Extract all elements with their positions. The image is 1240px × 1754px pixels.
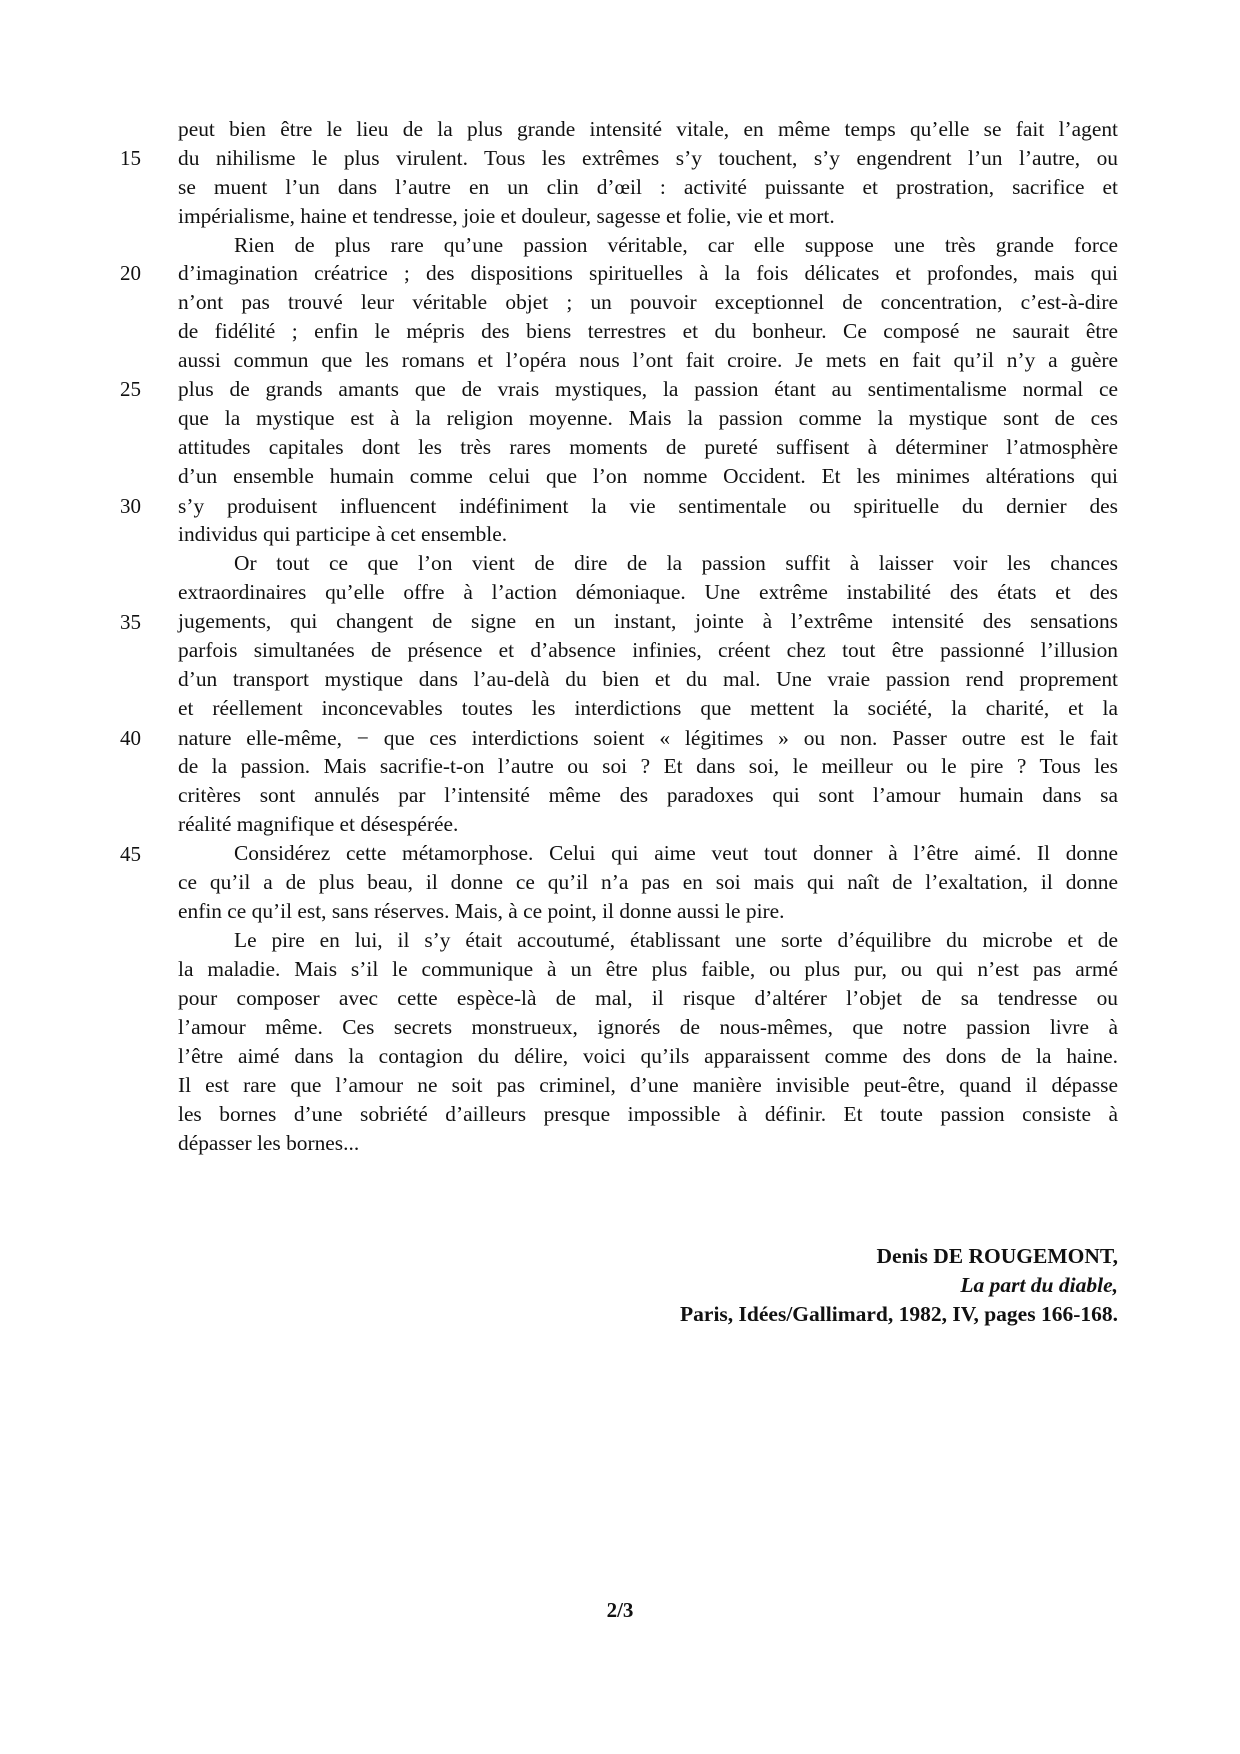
- citation-author: Denis DE ROUGEMONT,: [877, 1243, 1119, 1269]
- text-line: individus qui participe à cet ensemble.: [178, 521, 1118, 547]
- text-line: nature elle-même, − que ces interdiction…: [178, 725, 1118, 751]
- text-line: et réellement inconcevables toutes les i…: [178, 695, 1118, 721]
- citation-publication: Paris, Idées/Gallimard, 1982, IV, pages …: [680, 1301, 1118, 1327]
- text-line: s’y produisent influencent indéfiniment …: [178, 493, 1118, 519]
- text-line: peut bien être le lieu de la plus grande…: [178, 116, 1118, 142]
- text-line: Considérez cette métamorphose. Celui qui…: [178, 840, 1118, 866]
- text-line: réalité magnifique et désespérée.: [178, 811, 1118, 837]
- document-page: 15 20 25 30 35 40 45 peut bien être le l…: [0, 0, 1240, 1754]
- text-line: plus de grands amants que de vrais mysti…: [178, 376, 1118, 402]
- line-number: 30: [120, 493, 160, 519]
- text-line: dépasser les bornes...: [178, 1130, 1118, 1156]
- text-line: la maladie. Mais s’il le communique à un…: [178, 956, 1118, 982]
- text-line: d’imagination créatrice ; des dispositio…: [178, 260, 1118, 286]
- text-line: que la mystique est à la religion moyenn…: [178, 405, 1118, 431]
- text-line: Le pire en lui, il s’y était accoutumé, …: [178, 927, 1118, 953]
- text-line: de fidélité ; enfin le mépris des biens …: [178, 318, 1118, 344]
- text-line: d’un transport mystique dans l’au-delà d…: [178, 666, 1118, 692]
- text-line: pour composer avec cette espèce-là de ma…: [178, 985, 1118, 1011]
- text-line: du nihilisme le plus virulent. Tous les …: [178, 145, 1118, 171]
- text-line: l’amour même. Ces secrets monstrueux, ig…: [178, 1014, 1118, 1040]
- text-line: les bornes d’une sobriété d’ailleurs pre…: [178, 1101, 1118, 1127]
- text-line: ce qu’il a de plus beau, il donne ce qu’…: [178, 869, 1118, 895]
- text-line: Or tout ce que l’on vient de dire de la …: [178, 550, 1118, 576]
- line-number: 15: [120, 145, 160, 171]
- text-line: se muent l’un dans l’autre en un clin d’…: [178, 174, 1118, 200]
- text-line: aussi commun que les romans et l’opéra n…: [178, 347, 1118, 373]
- text-line: jugements, qui changent de signe en un i…: [178, 608, 1118, 634]
- citation-title: La part du diable,: [960, 1272, 1118, 1298]
- text-line: impérialisme, haine et tendresse, joie e…: [178, 203, 1118, 229]
- line-number: 40: [120, 725, 160, 751]
- text-line: n’ont pas trouvé leur véritable objet ; …: [178, 289, 1118, 315]
- line-number: 20: [120, 260, 160, 286]
- text-line: d’un ensemble humain comme celui que l’o…: [178, 463, 1118, 489]
- text-line: Il est rare que l’amour ne soit pas crim…: [178, 1072, 1118, 1098]
- page-number: 2/3: [0, 1598, 1240, 1623]
- text-line: extraordinaires qu’elle offre à l’action…: [178, 579, 1118, 605]
- text-line: critères sont annulés par l’intensité mê…: [178, 782, 1118, 808]
- text-line: l’être aimé dans la contagion du délire,…: [178, 1043, 1118, 1069]
- text-line: parfois simultanées de présence et d’abs…: [178, 637, 1118, 663]
- line-number: 35: [120, 609, 160, 635]
- text-line: attitudes capitales dont les très rares …: [178, 434, 1118, 460]
- line-number: 45: [120, 841, 160, 867]
- text-line: enfin ce qu’il est, sans réserves. Mais,…: [178, 898, 1118, 924]
- line-number: 25: [120, 376, 160, 402]
- text-line: Rien de plus rare qu’une passion véritab…: [178, 232, 1118, 258]
- text-line: de la passion. Mais sacrifie-t-on l’autr…: [178, 753, 1118, 779]
